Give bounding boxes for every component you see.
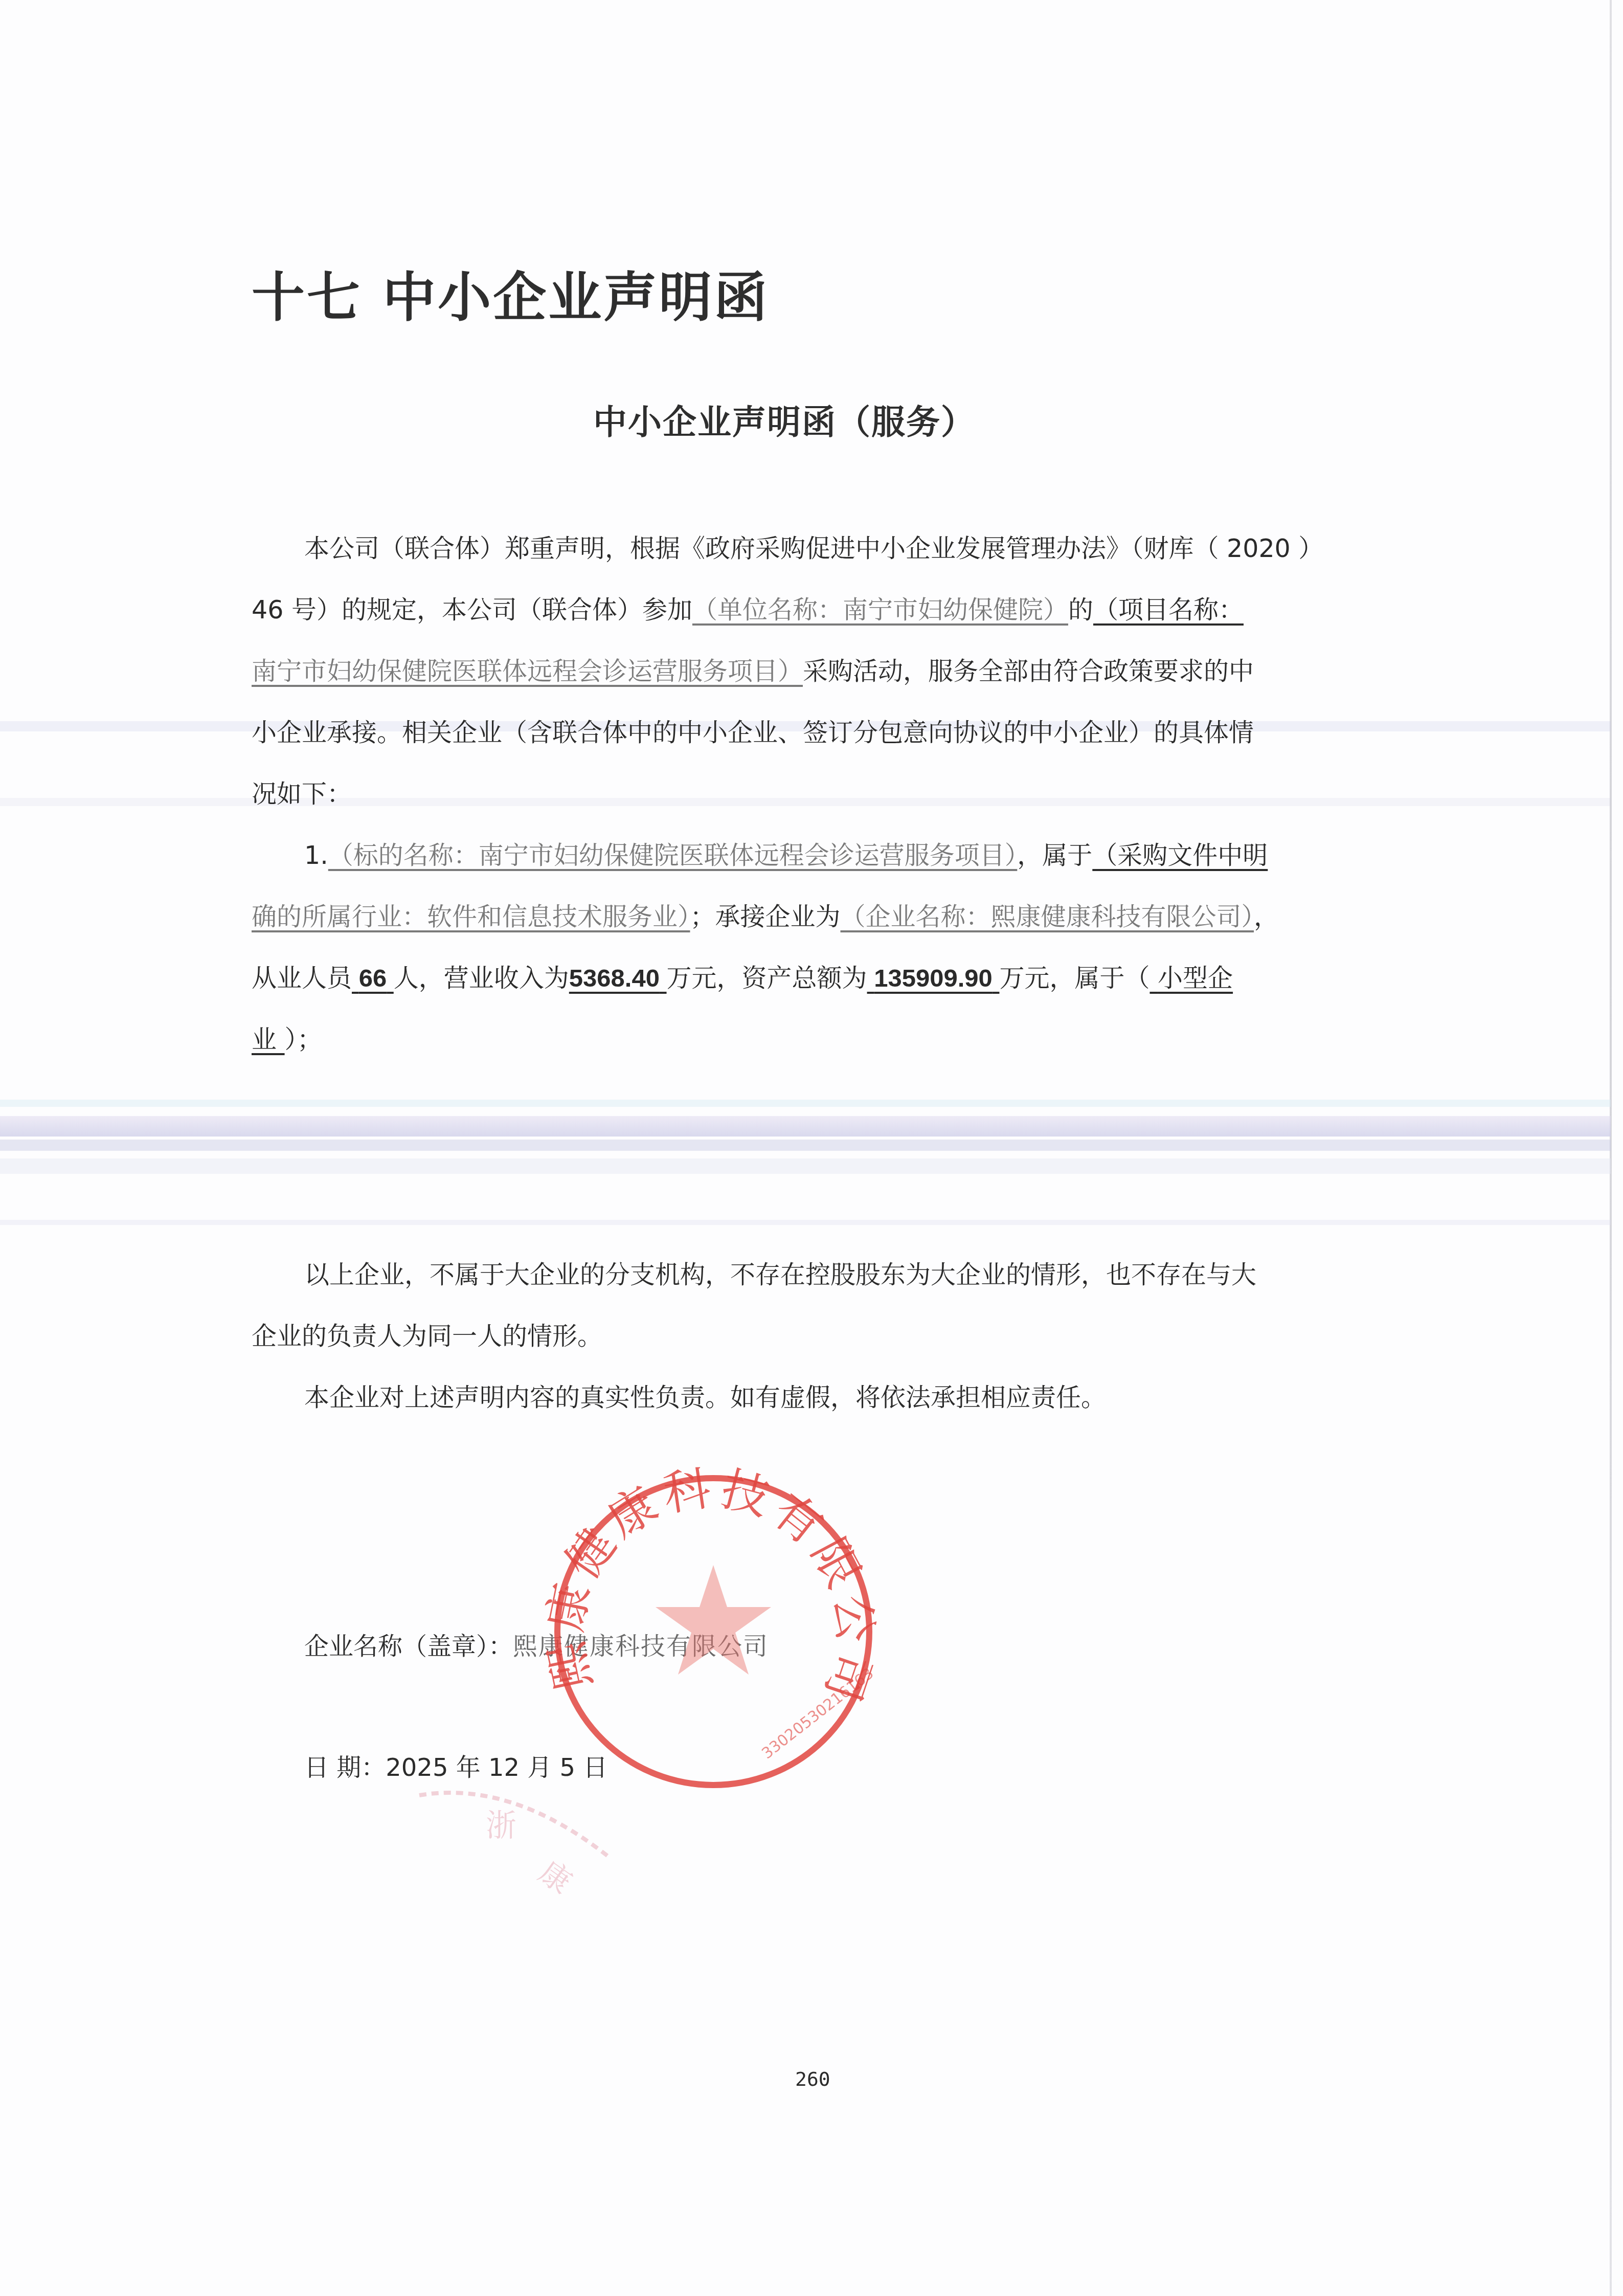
- company-signature: 企业名称（盖章）：熙康健康科技有限公司: [304, 1626, 769, 1662]
- contractor-name-fill: （企业名称：熙康健康科技有限公司）: [841, 902, 1254, 931]
- page-number: 260: [795, 2068, 830, 2090]
- declaration-date: 日 期：2025 年 12 月 5 日: [304, 1748, 607, 1783]
- enterprise-size-fill-start: 小型企: [1149, 964, 1233, 993]
- lot-name-fill: （标的名称：南宁市妇幼保健院医联体远程会诊运营服务项目）: [328, 841, 1018, 870]
- paragraph-1-line-4: 小企业承接。相关企业（含联合体中的中小企业、签订分包意向协议的中小企业）的具体情: [252, 718, 1341, 748]
- item-1-line-1: 1.（标的名称：南宁市妇幼保健院医联体远程会诊运营服务项目），属于（采购文件中明: [304, 840, 1342, 871]
- paragraph-2-line-1: 以上企业，不属于大企业的分支机构，不存在控股股东为大企业的情形，也不存在与大: [304, 1260, 1342, 1290]
- date-value: 2025 年 12 月 5 日: [386, 1753, 607, 1782]
- signature-label: 企业名称（盖章）：: [304, 1632, 513, 1661]
- industry-fill-start: （采购文件中明: [1092, 841, 1268, 870]
- employees-count-fill: 66: [352, 965, 394, 992]
- revenue-fill: 5368.40: [569, 965, 667, 992]
- item-1-line-4: 业 ）；: [252, 1024, 1341, 1055]
- project-name-fill: 南宁市妇幼保健院医联体远程会诊运营服务项目）: [252, 657, 803, 686]
- svg-text:330205302161​63: 330205302161​63: [758, 1664, 877, 1763]
- svg-text:康: 康: [532, 1854, 578, 1901]
- paragraph-2-line-2: 企业的负责人为同一人的情形。: [252, 1321, 1341, 1352]
- document-subtitle: 中小企业声明函（服务）: [593, 395, 976, 443]
- item-1-line-3: 从业人员 66 人，营业收入为5368.40 万元，资产总额为 135909.9…: [252, 963, 1341, 994]
- scan-band-artifact: [0, 1116, 1611, 1136]
- section-title: 十七 中小企业声明函: [252, 255, 769, 331]
- paragraph-1-line-3: 南宁市妇幼保健院医联体远程会诊运营服务项目）采购活动，服务全部由符合政策要求的中: [252, 656, 1341, 687]
- signature-company: 熙康健康科技有限公司: [513, 1632, 769, 1661]
- scan-band-artifact: [0, 1220, 1611, 1225]
- paragraph-1-line-5: 况如下：: [252, 779, 1341, 810]
- date-label: 日 期：: [304, 1753, 386, 1782]
- scan-band-artifact: [0, 1158, 1611, 1174]
- paragraph-3: 本企业对上述声明内容的真实性负责。如有虚假，将依法承担相应责任。: [304, 1383, 1342, 1413]
- paragraph-1-line-2: 46 号）的规定，本公司（联合体）参加（单位名称：南宁市妇幼保健院）的（项目名称…: [252, 595, 1341, 626]
- project-name-fill-start: （项目名称：: [1093, 595, 1244, 625]
- total-assets-fill: 135909.90: [867, 965, 1000, 992]
- enterprise-size-fill: 业: [252, 1025, 285, 1054]
- paragraph-1-line-1: 本公司（联合体）郑重声明，根据《政府采购促进中小企业发展管理办法》（财库（ 20…: [304, 533, 1342, 564]
- faint-seal-impression-icon: 浙 康: [409, 1775, 624, 1918]
- scan-band-artifact: [0, 1140, 1611, 1151]
- item-1-line-2: 确的所属行业：软件和信息技术服务业）；承接企业为（企业名称：熙康健康科技有限公司…: [252, 902, 1341, 932]
- purchaser-name-fill: （单位名称：南宁市妇幼保健院）: [692, 595, 1068, 625]
- industry-fill: 确的所属行业：软件和信息技术服务业）: [252, 902, 690, 931]
- svg-text:熙康健康科技有限公司: 熙康健康科技有限公司: [542, 1463, 880, 1712]
- document-page: 十七 中小企业声明函 中小企业声明函（服务） 本公司（联合体）郑重声明，根据《政…: [0, 0, 1623, 2296]
- scan-band-artifact: [0, 1100, 1611, 1107]
- svg-text:浙: 浙: [486, 1808, 516, 1844]
